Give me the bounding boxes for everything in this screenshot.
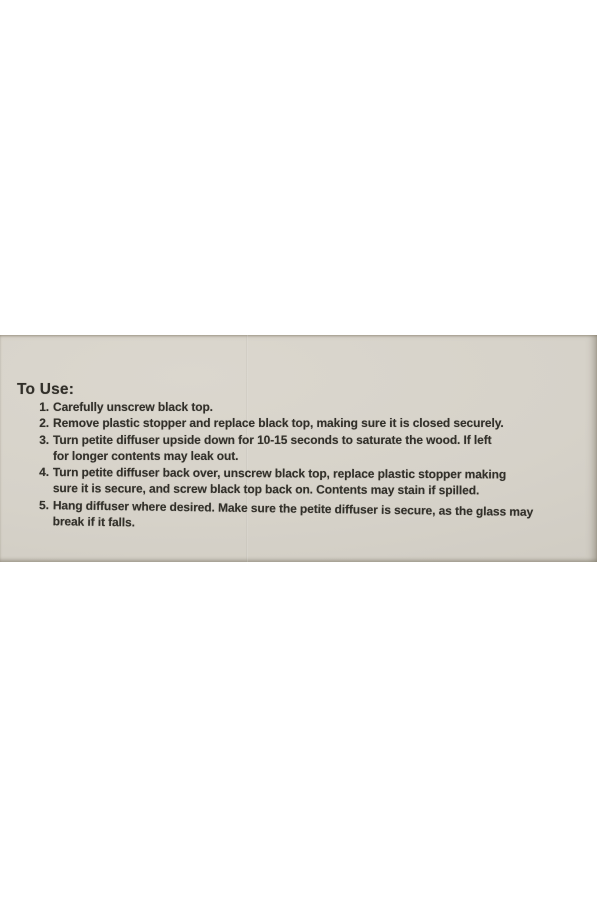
step-line: for longer contents may leak out. [53,448,594,464]
instruction-step-1: 1. Carefully unscrew black top. [34,399,594,415]
step-line: Turn petite diffuser upside down for 10-… [53,432,594,448]
label-content: To Use: 1. Carefully unscrew black top. … [0,335,597,562]
step-text: Hang diffuser where desired. Make sure t… [53,497,594,537]
instruction-step-2: 2. Remove plastic stopper and replace bl… [34,415,594,431]
instruction-step-4: 4. Turn petite diffuser back over, unscr… [34,464,594,500]
step-line: Remove plastic stopper and replace black… [53,415,594,431]
instruction-steps: 1. Carefully unscrew black top. 2. Remov… [34,399,594,529]
step-number: 4. [34,464,49,480]
instruction-label-card: To Use: 1. Carefully unscrew black top. … [0,335,597,562]
step-text: Turn petite diffuser upside down for 10-… [53,432,594,465]
step-number: 5. [34,497,49,514]
step-number: 3. [34,432,49,448]
step-text: Turn petite diffuser back over, unscrew … [53,464,594,499]
step-text: Remove plastic stopper and replace black… [53,415,594,431]
step-line: sure it is secure, and screw black top b… [53,481,594,500]
to-use-heading: To Use: [17,381,74,399]
step-text: Carefully unscrew black top. [53,399,594,415]
photo-background: To Use: 1. Carefully unscrew black top. … [0,0,600,900]
step-number: 2. [34,415,49,431]
instruction-step-5: 5. Hang diffuser where desired. Make sur… [34,497,594,537]
step-line: Carefully unscrew black top. [53,399,594,415]
step-number: 1. [34,399,49,415]
instruction-step-3: 3. Turn petite diffuser upside down for … [34,432,594,465]
